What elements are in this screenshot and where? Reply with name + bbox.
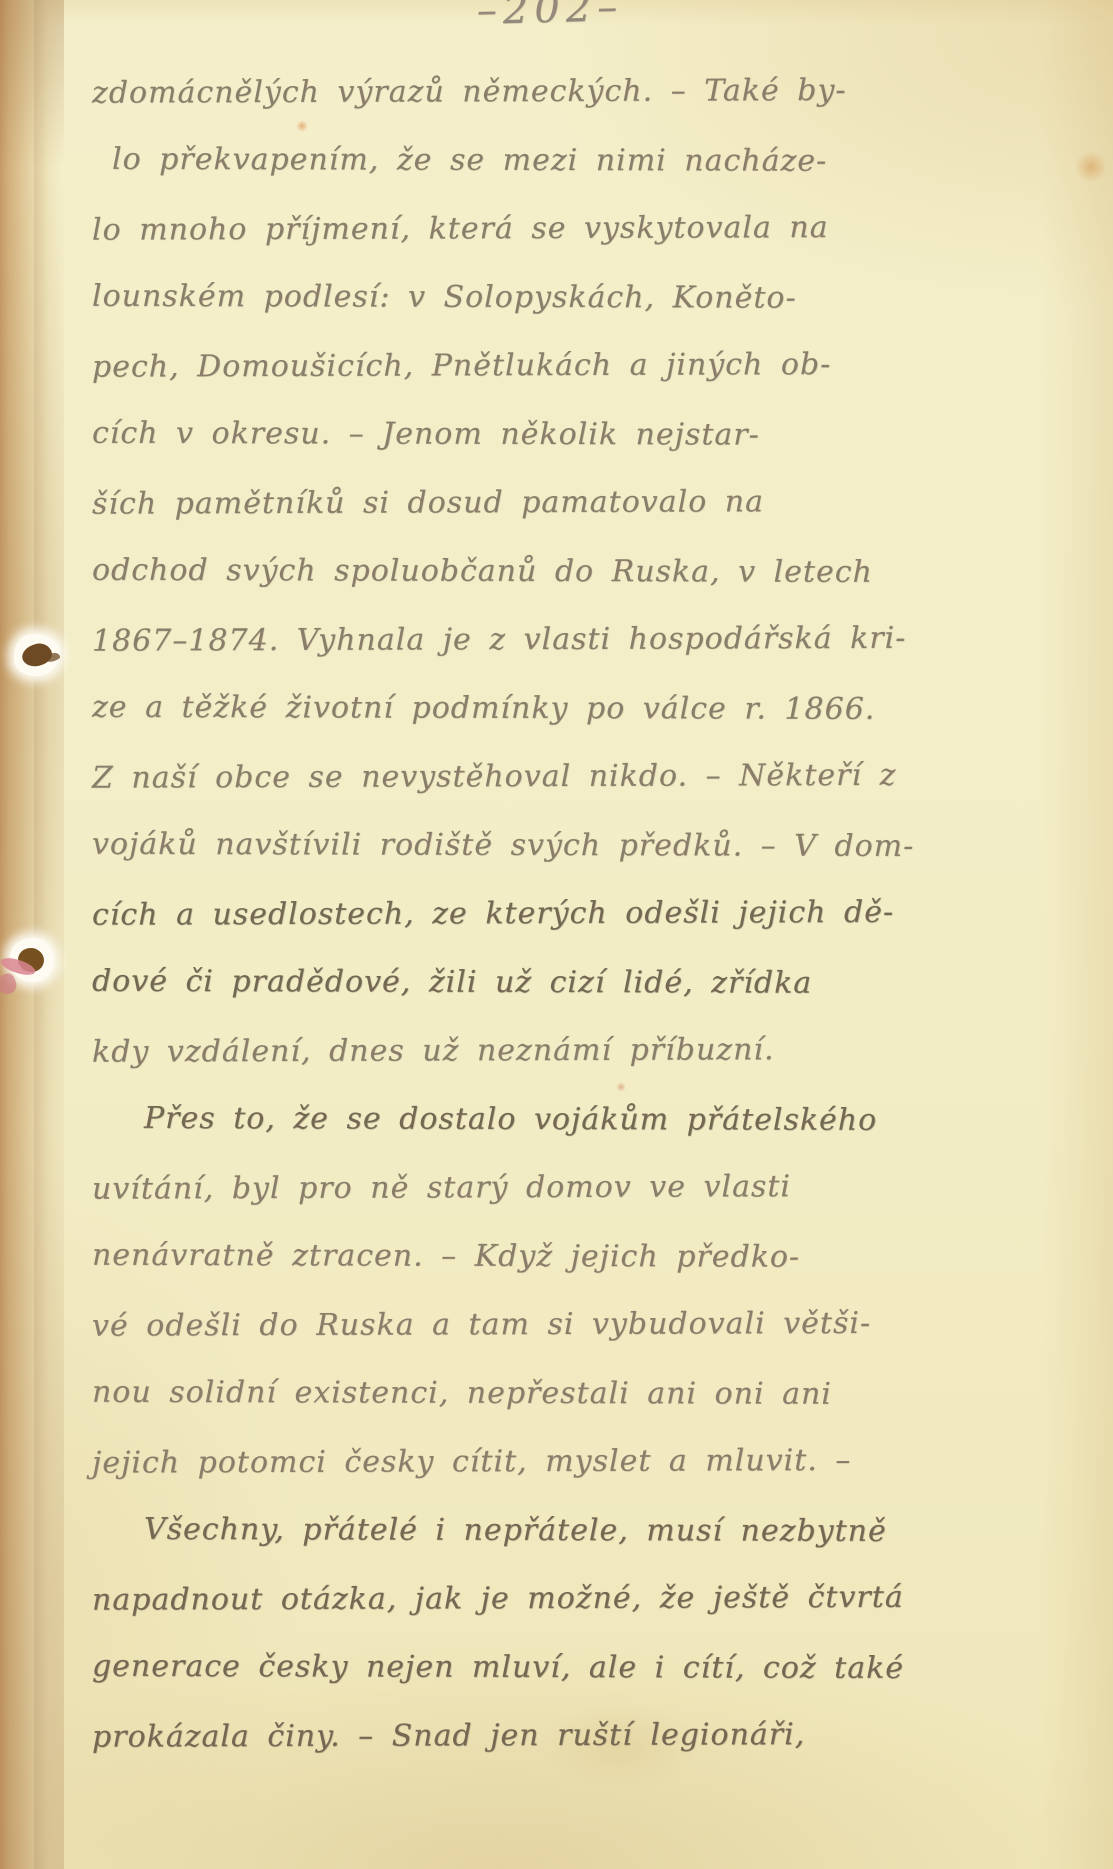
- page-number: –202–: [399, 0, 700, 36]
- handwritten-line: prokázala činy. – Snad jen ruští legioná…: [0, 1700, 1113, 1772]
- handwritten-line: jejich potomci česky cítit, myslet a mlu…: [0, 1426, 1113, 1498]
- handwritten-line: odchod svých spoluobčanů do Ruska, v let…: [0, 536, 1113, 607]
- handwritten-line: vojáků navštívili rodiště svých předků. …: [0, 810, 1113, 881]
- handwritten-line: nenávratně ztracen. – Když jejich předko…: [0, 1221, 1113, 1292]
- handwritten-line: Všechny, přátelé i nepřátele, musí nezby…: [0, 1495, 1113, 1566]
- handwritten-line: vé odešli do Ruska a tam si vybudovali v…: [0, 1289, 1113, 1361]
- handwritten-line: generace česky nejen mluví, ale i cítí, …: [0, 1632, 1113, 1703]
- handwritten-line: kdy vzdálení, dnes už neznámí příbuzní.: [0, 1015, 1113, 1087]
- handwritten-line: lounském podlesí: v Solopyskách, Koněto-: [0, 262, 1113, 333]
- handwritten-line: 1867–1874. Vyhnala je z vlasti hospodářs…: [0, 604, 1113, 676]
- handwritten-line: dové či pradědové, žili už cizí lidé, zř…: [0, 947, 1113, 1018]
- handwritten-line: cích v okresu. – Jenom několik nejstar-: [0, 399, 1113, 470]
- handwritten-line: cích a usedlostech, ze kterých odešli je…: [0, 878, 1113, 950]
- handwritten-line: lo mnoho příjmení, která se vyskytovala …: [0, 193, 1113, 265]
- handwritten-line: pech, Domoušicích, Pnětlukách a jiných o…: [0, 330, 1113, 402]
- handwritten-line: ze a těžké životní podmínky po válce r. …: [0, 673, 1113, 744]
- handwritten-line: zdomácnělých výrazů německých. – Také by…: [0, 56, 1113, 128]
- handwritten-line: nou solidní existenci, nepřestali ani on…: [0, 1358, 1113, 1429]
- handwritten-line: Z naší obce se nevystěhoval nikdo. – Něk…: [0, 741, 1113, 813]
- handwritten-line: Přes to, že se dostalo vojákům přátelské…: [0, 1084, 1113, 1155]
- handwritten-line: napadnout otázka, jak je možné, že ještě…: [0, 1563, 1113, 1635]
- handwritten-text: zdomácnělých výrazů německých. – Také by…: [0, 58, 1113, 1771]
- handwritten-line: ších pamětníků si dosud pamatovalo na: [0, 467, 1113, 539]
- manuscript-page: –202– zdomácnělých výrazů německých. – T…: [0, 0, 1113, 1869]
- handwritten-line: uvítání, byl pro ně starý domov ve vlast…: [0, 1152, 1113, 1224]
- handwritten-line: lo překvapením, že se mezi nimi nacháze-: [0, 125, 1113, 196]
